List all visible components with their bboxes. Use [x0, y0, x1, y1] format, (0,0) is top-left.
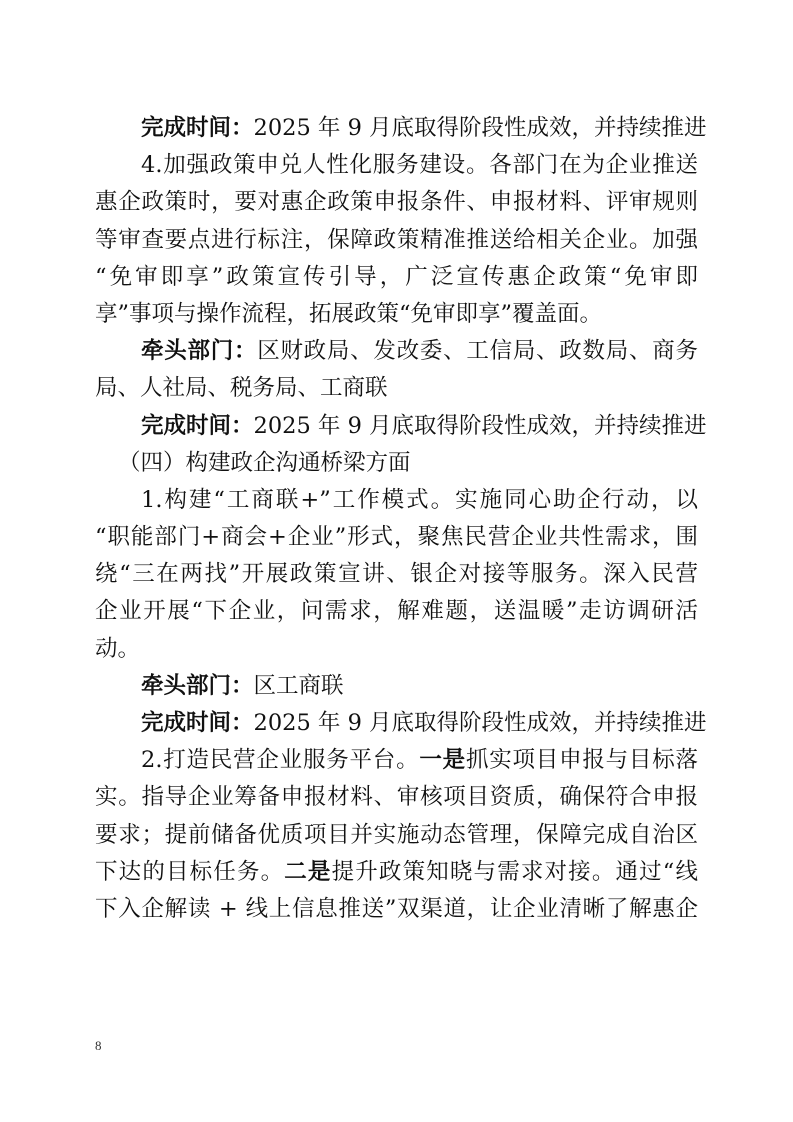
completion-time-line: 完成时间：2025 年 9 月底取得阶段性成效，并持续推进 [95, 705, 698, 742]
document-page: 完成时间：2025 年 9 月底取得阶段性成效，并持续推进 4.加强政策申兑人性… [95, 110, 698, 928]
paragraph-line: 动。 [95, 631, 698, 668]
lead-department-line: 牵头部门：区财政局、发改委、工信局、政数局、商务 [95, 333, 698, 370]
paragraph-line: 惠企政策时，要对惠企政策申报条件、申报材料、评审规则 [95, 184, 698, 221]
paragraph-line: 等审查要点进行标注，保障政策精准推送给相关企业。加强 [95, 222, 698, 259]
paragraph-line: 1.构建“工商联+”工作模式。实施同心助企行动，以 [95, 482, 698, 519]
completion-time-line: 完成时间：2025 年 9 月底取得阶段性成效，并持续推进 [95, 110, 698, 147]
paragraph-line: 享”事项与操作流程，拓展政策“免审即享”覆盖面。 [95, 296, 698, 333]
paragraph-line: 局、人社局、税务局、工商联 [95, 370, 698, 407]
completion-time-label: 完成时间： [141, 710, 254, 736]
paragraph-line: 实。指导企业筹备申报材料、审核项目资质，确保符合申报 [95, 779, 698, 816]
paragraph-line: 2.打造民营企业服务平台。一是抓实项目申报与目标落 [95, 742, 698, 779]
paragraph-line: 企业开展“下企业，问需求，解难题，送温暖”走访调研活 [95, 593, 698, 630]
lead-department-label: 牵头部门： [141, 673, 254, 699]
paragraph-line: 要求；提前储备优质项目并实施动态管理，保障完成自治区 [95, 817, 698, 854]
paragraph-line: 绕“三在两找”开展政策宣讲、银企对接等服务。深入民营 [95, 556, 698, 593]
section-heading: （四）构建政企沟通桥梁方面 [95, 445, 698, 482]
completion-time-label: 完成时间： [141, 115, 254, 141]
paragraph-line: “免审即享”政策宣传引导，广泛宣传惠企政策“免审即 [95, 259, 698, 296]
page-number: 8 [95, 1038, 102, 1054]
emphasis-first: 一是 [419, 747, 466, 773]
paragraph-line: “职能部门+商会+企业”形式，聚焦民营企业共性需求，围 [95, 519, 698, 556]
lead-department-line: 牵头部门：区工商联 [95, 668, 698, 705]
completion-time-label: 完成时间： [141, 413, 254, 439]
lead-department-label: 牵头部门： [141, 338, 257, 364]
paragraph-line: 下达的目标任务。二是提升政策知晓与需求对接。通过“线 [95, 854, 698, 891]
emphasis-second: 二是 [284, 859, 331, 885]
paragraph-line: 4.加强政策申兑人性化服务建设。各部门在为企业推送 [95, 147, 698, 184]
completion-time-line: 完成时间：2025 年 9 月底取得阶段性成效，并持续推进 [95, 408, 698, 445]
paragraph-line: 下入企解读 + 线上信息推送”双渠道，让企业清晰了解惠企 [95, 891, 698, 928]
